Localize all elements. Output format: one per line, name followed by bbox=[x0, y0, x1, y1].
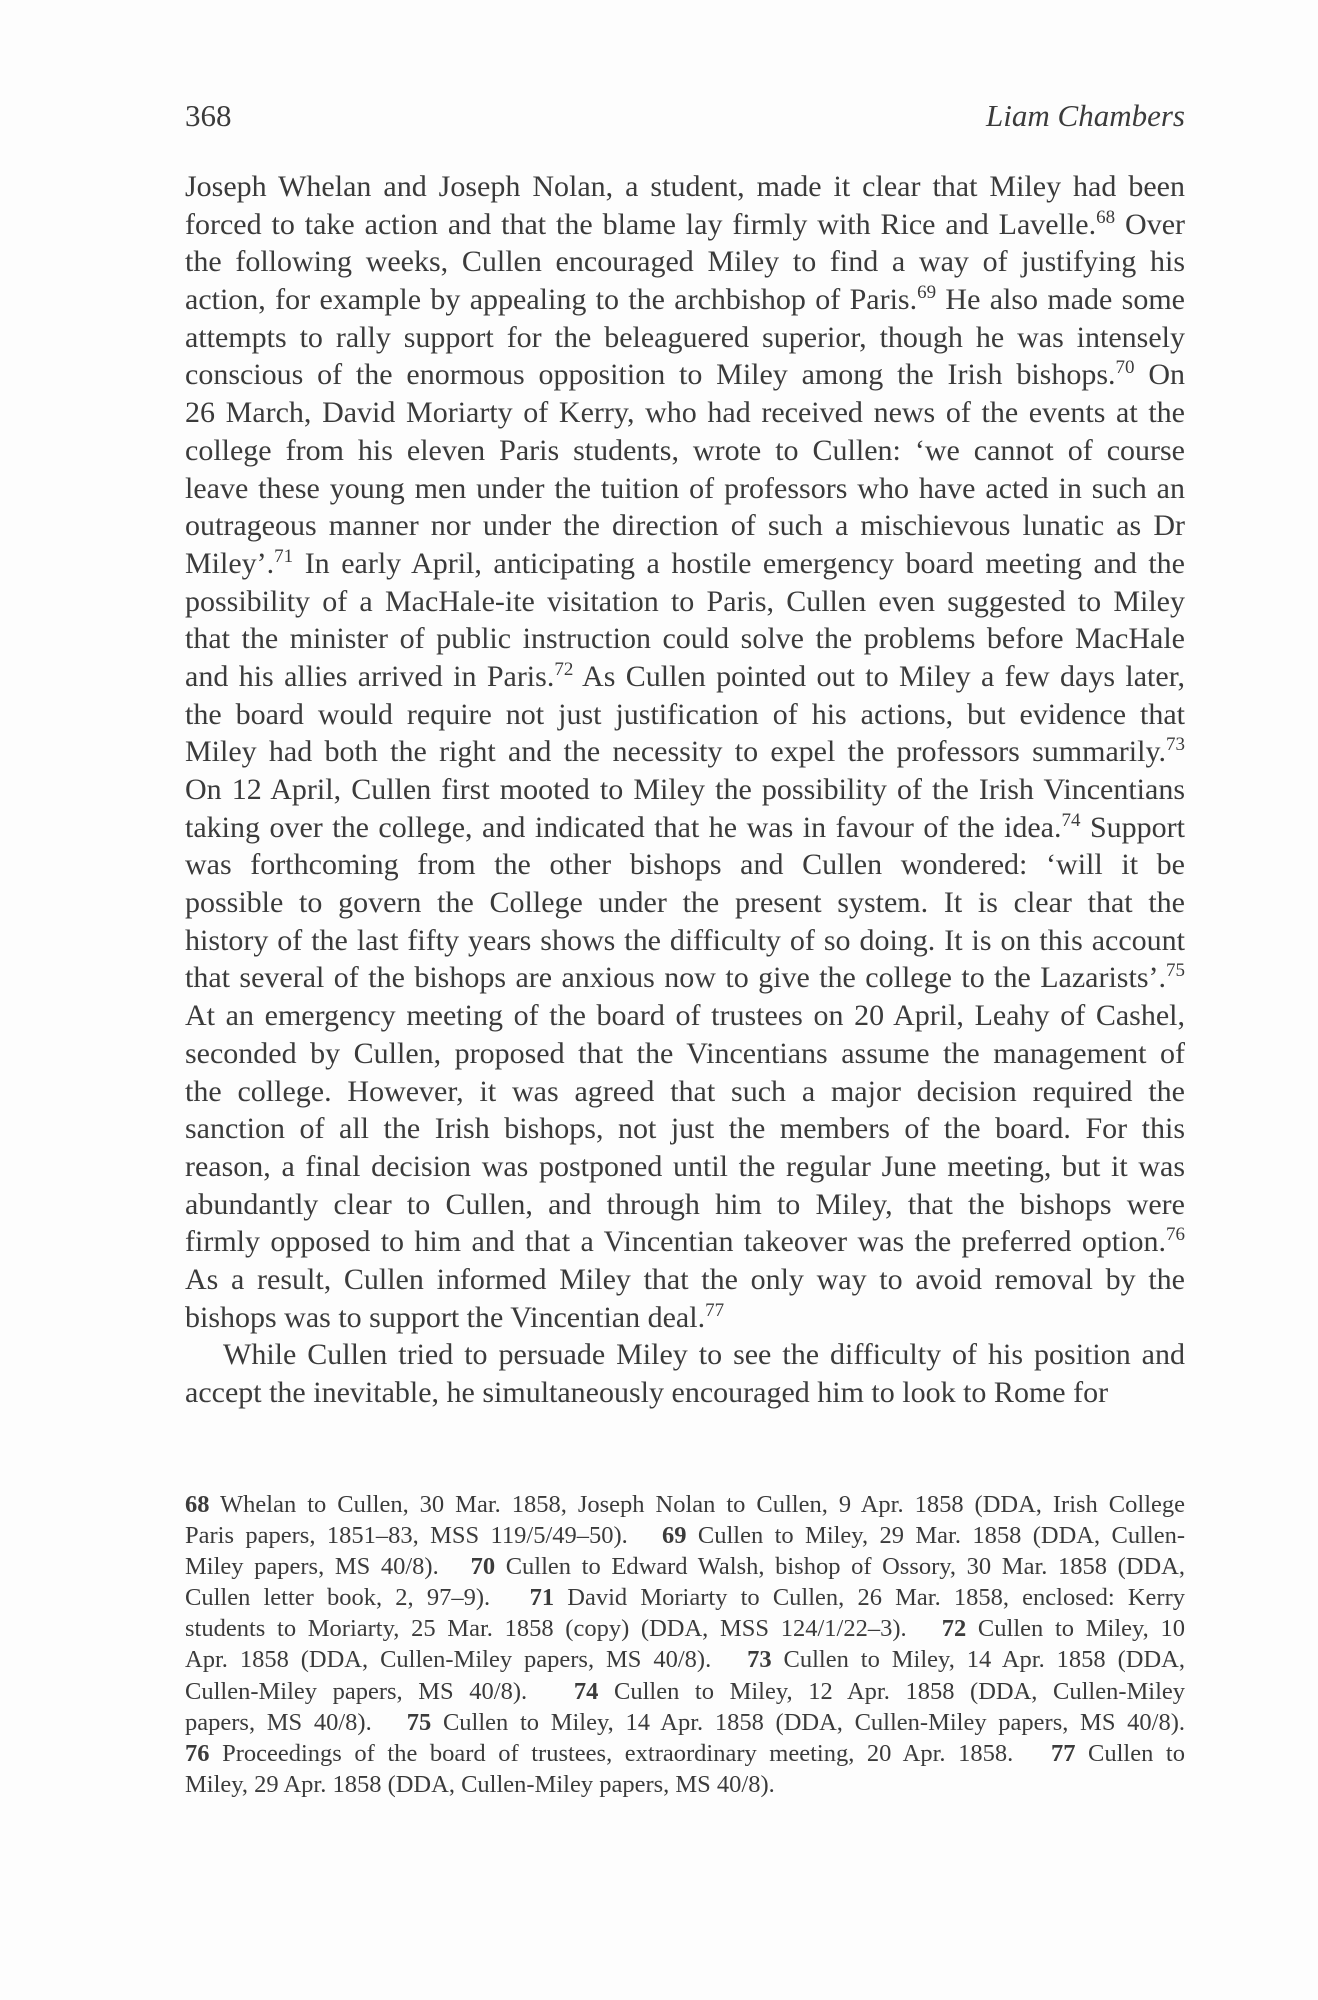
footnote-line: 76 Proceedings of the board of trustees,… bbox=[185, 1738, 1185, 1769]
body-line: the college. However, it was agreed that… bbox=[185, 1073, 1185, 1111]
footnote-text: students to Moriarty, 25 Mar. 1858 (copy… bbox=[185, 1615, 942, 1642]
footnote-text: papers, MS 40/8). bbox=[185, 1709, 407, 1736]
footnote-text: Cullen to Miley, 12 Apr. 1858 (DDA, Cull… bbox=[598, 1678, 1185, 1705]
footnote-text: Cullen to Miley, 14 Apr. 1858 (DDA, bbox=[772, 1646, 1185, 1673]
footnote-text: Miley papers, MS 40/8). bbox=[185, 1553, 471, 1580]
footnote-number: 74 bbox=[574, 1678, 599, 1705]
body-line: taking over the college, and indicated t… bbox=[185, 809, 1185, 847]
footnote-number: 75 bbox=[407, 1709, 432, 1736]
footnote-line: 68 Whelan to Cullen, 30 Mar. 1858, Josep… bbox=[185, 1489, 1185, 1520]
footnote-line: Paris papers, 1851–83, MSS 119/5/49–50).… bbox=[185, 1520, 1185, 1551]
footnote-ref[interactable]: 76 bbox=[1166, 1224, 1185, 1245]
body-line: the board would require not just justifi… bbox=[185, 696, 1185, 734]
footnote-text: Cullen to Miley, 14 Apr. 1858 (DDA, Cull… bbox=[431, 1709, 1185, 1736]
body-line: was forthcoming from the other bishops a… bbox=[185, 846, 1185, 884]
footnote-line: Cullen-Miley papers, MS 40/8). 74 Cullen… bbox=[185, 1676, 1185, 1707]
body-line: seconded by Cullen, proposed that the Vi… bbox=[185, 1035, 1185, 1073]
footnote-number: 72 bbox=[942, 1615, 967, 1642]
running-head-author: Liam Chambers bbox=[986, 96, 1185, 136]
body-line: conscious of the enormous opposition to … bbox=[185, 356, 1185, 394]
footnote-ref[interactable]: 74 bbox=[1061, 810, 1080, 831]
footnotes: 68 Whelan to Cullen, 30 Mar. 1858, Josep… bbox=[185, 1489, 1185, 1800]
footnote-ref[interactable]: 77 bbox=[705, 1300, 724, 1321]
footnote-text: Cullen to Miley, 10 bbox=[966, 1615, 1185, 1642]
body-line: abundantly clear to Cullen, and through … bbox=[185, 1186, 1185, 1224]
body-line: college from his eleven Paris students, … bbox=[185, 432, 1185, 470]
body-line: firmly opposed to him and that a Vincent… bbox=[185, 1223, 1185, 1261]
footnote-text: Cullen to bbox=[1075, 1740, 1185, 1767]
footnote-number: 76 bbox=[185, 1740, 210, 1767]
footnote-text: Cullen-Miley papers, MS 40/8). bbox=[185, 1678, 574, 1705]
body-line: On 12 April, Cullen first mooted to Mile… bbox=[185, 771, 1185, 809]
body-line: At an emergency meeting of the board of … bbox=[185, 997, 1185, 1035]
body-line: bishops was to support the Vincentian de… bbox=[185, 1299, 1185, 1337]
footnote-text: Cullen to Edward Walsh, bishop of Ossory… bbox=[495, 1553, 1185, 1580]
body-line: leave these young men under the tuition … bbox=[185, 470, 1185, 508]
footnote-number: 70 bbox=[471, 1553, 496, 1580]
body-line: action, for example by appealing to the … bbox=[185, 281, 1185, 319]
body-line: accept the inevitable, he simultaneously… bbox=[185, 1374, 1185, 1412]
body-line: Joseph Whelan and Joseph Nolan, a studen… bbox=[185, 168, 1185, 206]
page-number: 368 bbox=[185, 96, 232, 136]
body-line: that several of the bishops are anxious … bbox=[185, 959, 1185, 997]
body-line: Miley had both the right and the necessi… bbox=[185, 733, 1185, 771]
body-line: While Cullen tried to persuade Miley to … bbox=[185, 1336, 1185, 1374]
body-line: Miley’.71 In early April, anticipating a… bbox=[185, 545, 1185, 583]
body-line: forced to take action and that the blame… bbox=[185, 206, 1185, 244]
body-line: history of the last fifty years shows th… bbox=[185, 922, 1185, 960]
footnote-line: Miley, 29 Apr. 1858 (DDA, Cullen-Miley p… bbox=[185, 1769, 1185, 1800]
footnote-number: 68 bbox=[185, 1491, 210, 1518]
footnote-text: Whelan to Cullen, 30 Mar. 1858, Joseph N… bbox=[210, 1491, 1186, 1518]
footnote-ref[interactable]: 73 bbox=[1166, 734, 1185, 755]
footnote-text: David Moriarty to Cullen, 26 Mar. 1858, … bbox=[554, 1584, 1185, 1611]
body-line: that the minister of public instruction … bbox=[185, 620, 1185, 658]
body-line: As a result, Cullen informed Miley that … bbox=[185, 1261, 1185, 1299]
footnote-line: Miley papers, MS 40/8). 70 Cullen to Edw… bbox=[185, 1551, 1185, 1582]
footnote-number: 77 bbox=[1051, 1740, 1076, 1767]
body-line: and his allies arrived in Paris.72 As Cu… bbox=[185, 658, 1185, 696]
footnote-ref[interactable]: 72 bbox=[554, 659, 573, 680]
footnote-ref[interactable]: 71 bbox=[274, 546, 293, 567]
body-line: reason, a final decision was postponed u… bbox=[185, 1148, 1185, 1186]
body-text: Joseph Whelan and Joseph Nolan, a studen… bbox=[185, 168, 1185, 1412]
footnote-number: 73 bbox=[747, 1646, 772, 1673]
footnote-ref[interactable]: 68 bbox=[1096, 207, 1115, 228]
footnote-text: Apr. 1858 (DDA, Cullen-Miley papers, MS … bbox=[185, 1646, 747, 1673]
footnote-line: Cullen letter book, 2, 97–9). 71 David M… bbox=[185, 1582, 1185, 1613]
footnote-ref[interactable]: 69 bbox=[917, 282, 936, 303]
footnote-number: 69 bbox=[662, 1522, 687, 1549]
footnote-line: Apr. 1858 (DDA, Cullen-Miley papers, MS … bbox=[185, 1644, 1185, 1675]
body-line: possible to govern the College under the… bbox=[185, 884, 1185, 922]
footnote-text: Proceedings of the board of trustees, ex… bbox=[210, 1740, 1051, 1767]
footnote-line: papers, MS 40/8). 75 Cullen to Miley, 14… bbox=[185, 1707, 1185, 1738]
body-line: outrageous manner nor under the directio… bbox=[185, 507, 1185, 545]
footnote-text: Paris papers, 1851–83, MSS 119/5/49–50). bbox=[185, 1522, 662, 1549]
footnote-line: students to Moriarty, 25 Mar. 1858 (copy… bbox=[185, 1613, 1185, 1644]
footnote-ref[interactable]: 75 bbox=[1166, 960, 1185, 981]
body-line: sanction of all the Irish bishops, not j… bbox=[185, 1110, 1185, 1148]
body-line: 26 March, David Moriarty of Kerry, who h… bbox=[185, 394, 1185, 432]
body-line: possibility of a MacHale-ite visitation … bbox=[185, 583, 1185, 621]
footnote-text: Cullen to Miley, 29 Mar. 1858 (DDA, Cull… bbox=[686, 1522, 1185, 1549]
footnote-text: Miley, 29 Apr. 1858 (DDA, Cullen-Miley p… bbox=[185, 1771, 775, 1798]
footnote-ref[interactable]: 70 bbox=[1116, 357, 1135, 378]
footnote-number: 71 bbox=[530, 1584, 555, 1611]
footnote-text: Cullen letter book, 2, 97–9). bbox=[185, 1584, 530, 1611]
body-line: attempts to rally support for the beleag… bbox=[185, 319, 1185, 357]
body-line: the following weeks, Cullen encouraged M… bbox=[185, 243, 1185, 281]
